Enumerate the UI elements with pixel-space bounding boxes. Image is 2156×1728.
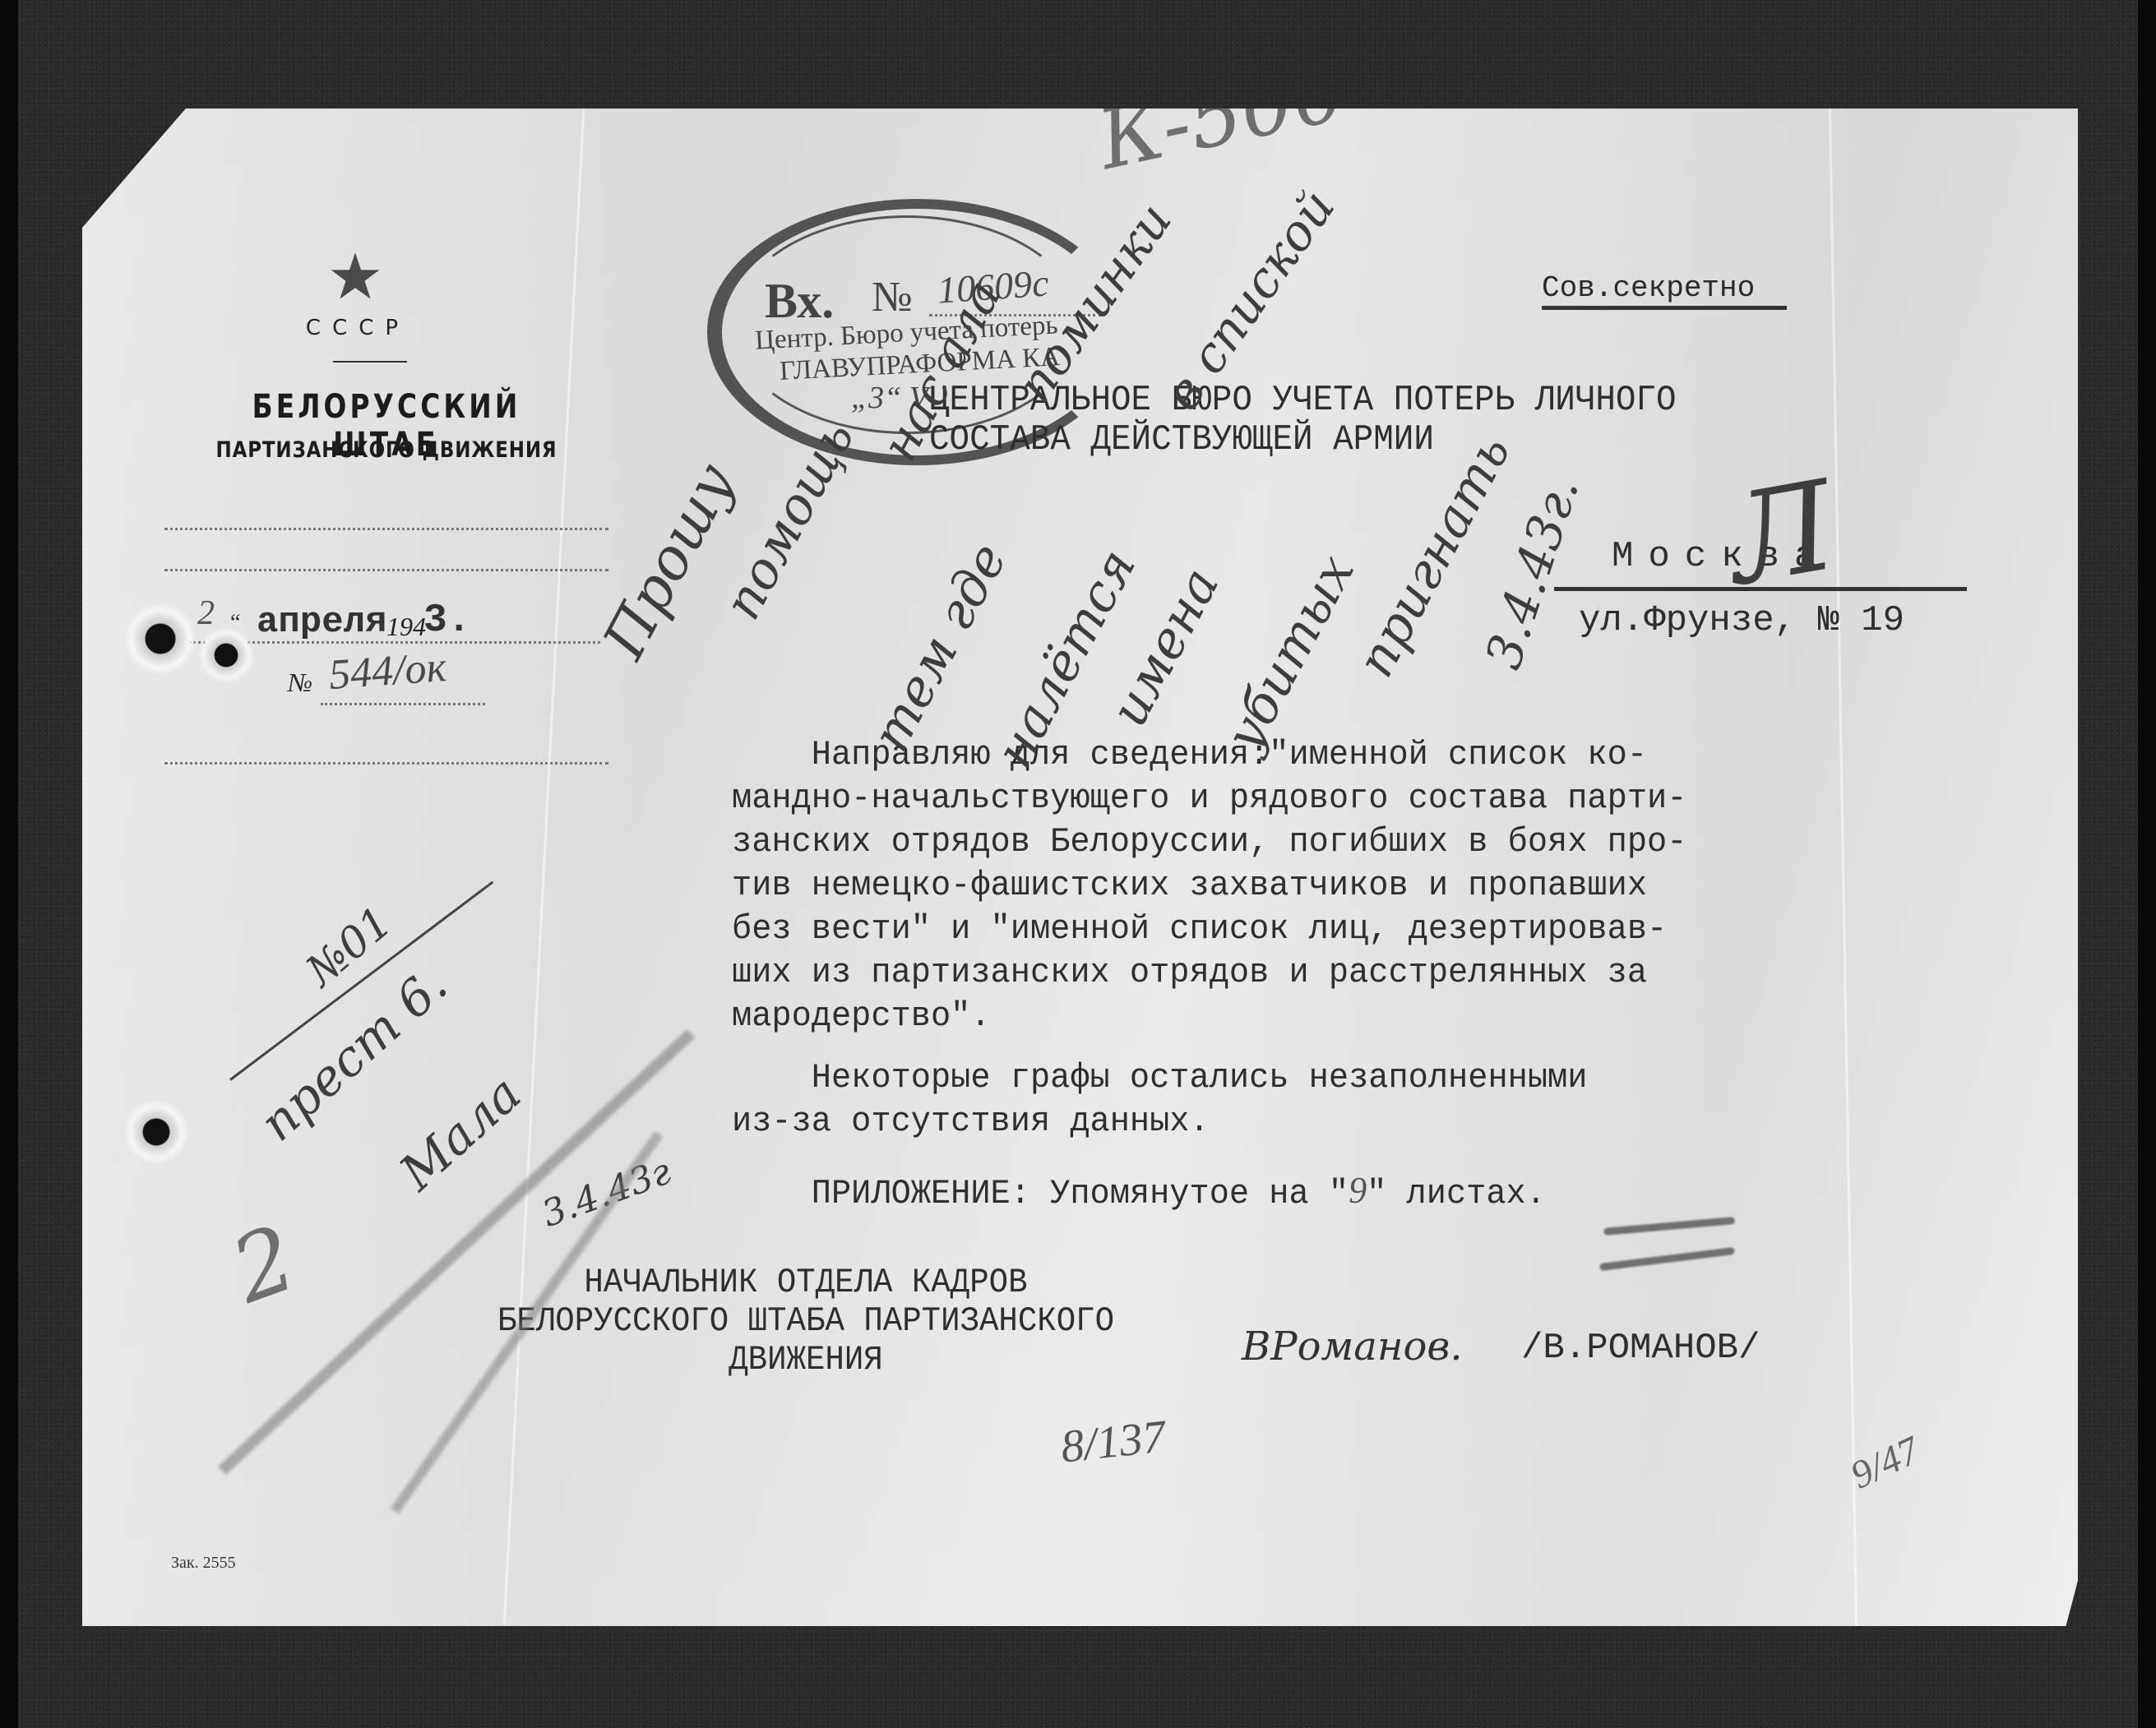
resolution-line: убитых (1214, 545, 1367, 760)
handwritten-signature: ВРоманов. (1242, 1324, 1463, 1370)
date-month: апреля (257, 602, 386, 643)
punch-hole (123, 1099, 189, 1165)
classification-label: Сов.секретно (1542, 271, 1755, 305)
outgoing-number: 544/ок (327, 643, 448, 700)
red-star-icon (329, 250, 382, 303)
signatory-title: НАЧАЛЬНИК ОТДЕЛА КАДРОВ БЕЛОРУССКОГО ШТА… (377, 1264, 1234, 1379)
dotted-rule (321, 703, 485, 705)
body-line: мародерство". (732, 995, 2019, 1038)
signatory-title-line: НАЧАЛЬНИК ОТДЕЛА КАДРОВ (377, 1264, 1234, 1302)
organization-subtitle: ПАРТИЗАНСКОГО ДВИЖЕНИЯ (191, 437, 582, 463)
addressee-line-2: СОСТАВА ДЕЙСТВУЮЩЕЙ АРМИИ (929, 419, 1434, 460)
paper-crease (503, 109, 585, 1625)
printer-order-number: Зак. 2555 (171, 1554, 236, 1573)
date-day: 2 (197, 594, 215, 633)
divider (333, 361, 407, 363)
dotted-rule (164, 762, 608, 765)
body-line: из-за отсутствия данных. (732, 1100, 2019, 1144)
dotted-rule (164, 528, 608, 530)
date-year-suffix: 3. (423, 598, 471, 643)
double-underline-mark (1599, 1247, 1735, 1271)
outgoing-number-label: № (288, 668, 312, 698)
body-line: Некоторые графы остались незаполненными (732, 1056, 2019, 1100)
body-line: без вести" и "именной список лиц, дезерт… (732, 908, 2019, 951)
letter-body: Направляю для сведения:"именной список к… (732, 733, 2019, 1216)
body-line: ших из партизанских отрядов и расстрелян… (732, 951, 2019, 995)
attachment-prefix: ПРИЛОЖЕНИЕ: Упомянутое на " (732, 1174, 1349, 1213)
signatory-name: /В.РОМАНОВ/ (1521, 1328, 1760, 1369)
attachment-sheet-count: 9 (1349, 1169, 1367, 1211)
folio-number-right: 9/47 (1844, 1428, 1927, 1499)
double-underline-mark (1603, 1217, 1735, 1236)
left-note: Мала (389, 1065, 532, 1202)
left-note-number: №01 (297, 898, 401, 996)
resolution-line: помощь (712, 411, 866, 629)
attachment-suffix: " листах. (1367, 1174, 1546, 1213)
attachment-line: ПРИЛОЖЕНИЕ: Упомянутое на "9" листах. (732, 1168, 2019, 1216)
country-label: СССР (288, 316, 428, 340)
body-line: мандно-начальствующего и рядового состав… (732, 777, 2019, 820)
left-pencil-number: 2 (219, 1205, 309, 1324)
punch-hole (197, 626, 255, 684)
signatory-title-line: БЕЛОРУССКОГО ШТАБА ПАРТИЗАНСКОГО (377, 1302, 1234, 1341)
classification-underline (1542, 306, 1787, 310)
body-line: тив немецко-фашистских захватчиков и про… (732, 864, 2019, 908)
date-year-prefix: 194 (386, 612, 426, 642)
stamp-number-sign: № (872, 273, 913, 321)
body-line: занских отрядов Белоруссии, погибших в б… (732, 820, 2019, 864)
folio-number-center: 8/137 (1058, 1411, 1168, 1474)
resolution-line: Прошу (590, 452, 748, 669)
stamp-incoming-label: Вх. (765, 273, 834, 330)
punch-hole (123, 602, 197, 676)
body-line: Направляю для сведения:"именной список к… (732, 733, 2019, 777)
dotted-rule (164, 569, 608, 571)
document-sheet: СССР БЕЛОРУССКИЙ ШТАБ ПАРТИЗАНСКОГО ДВИЖ… (82, 109, 2078, 1626)
